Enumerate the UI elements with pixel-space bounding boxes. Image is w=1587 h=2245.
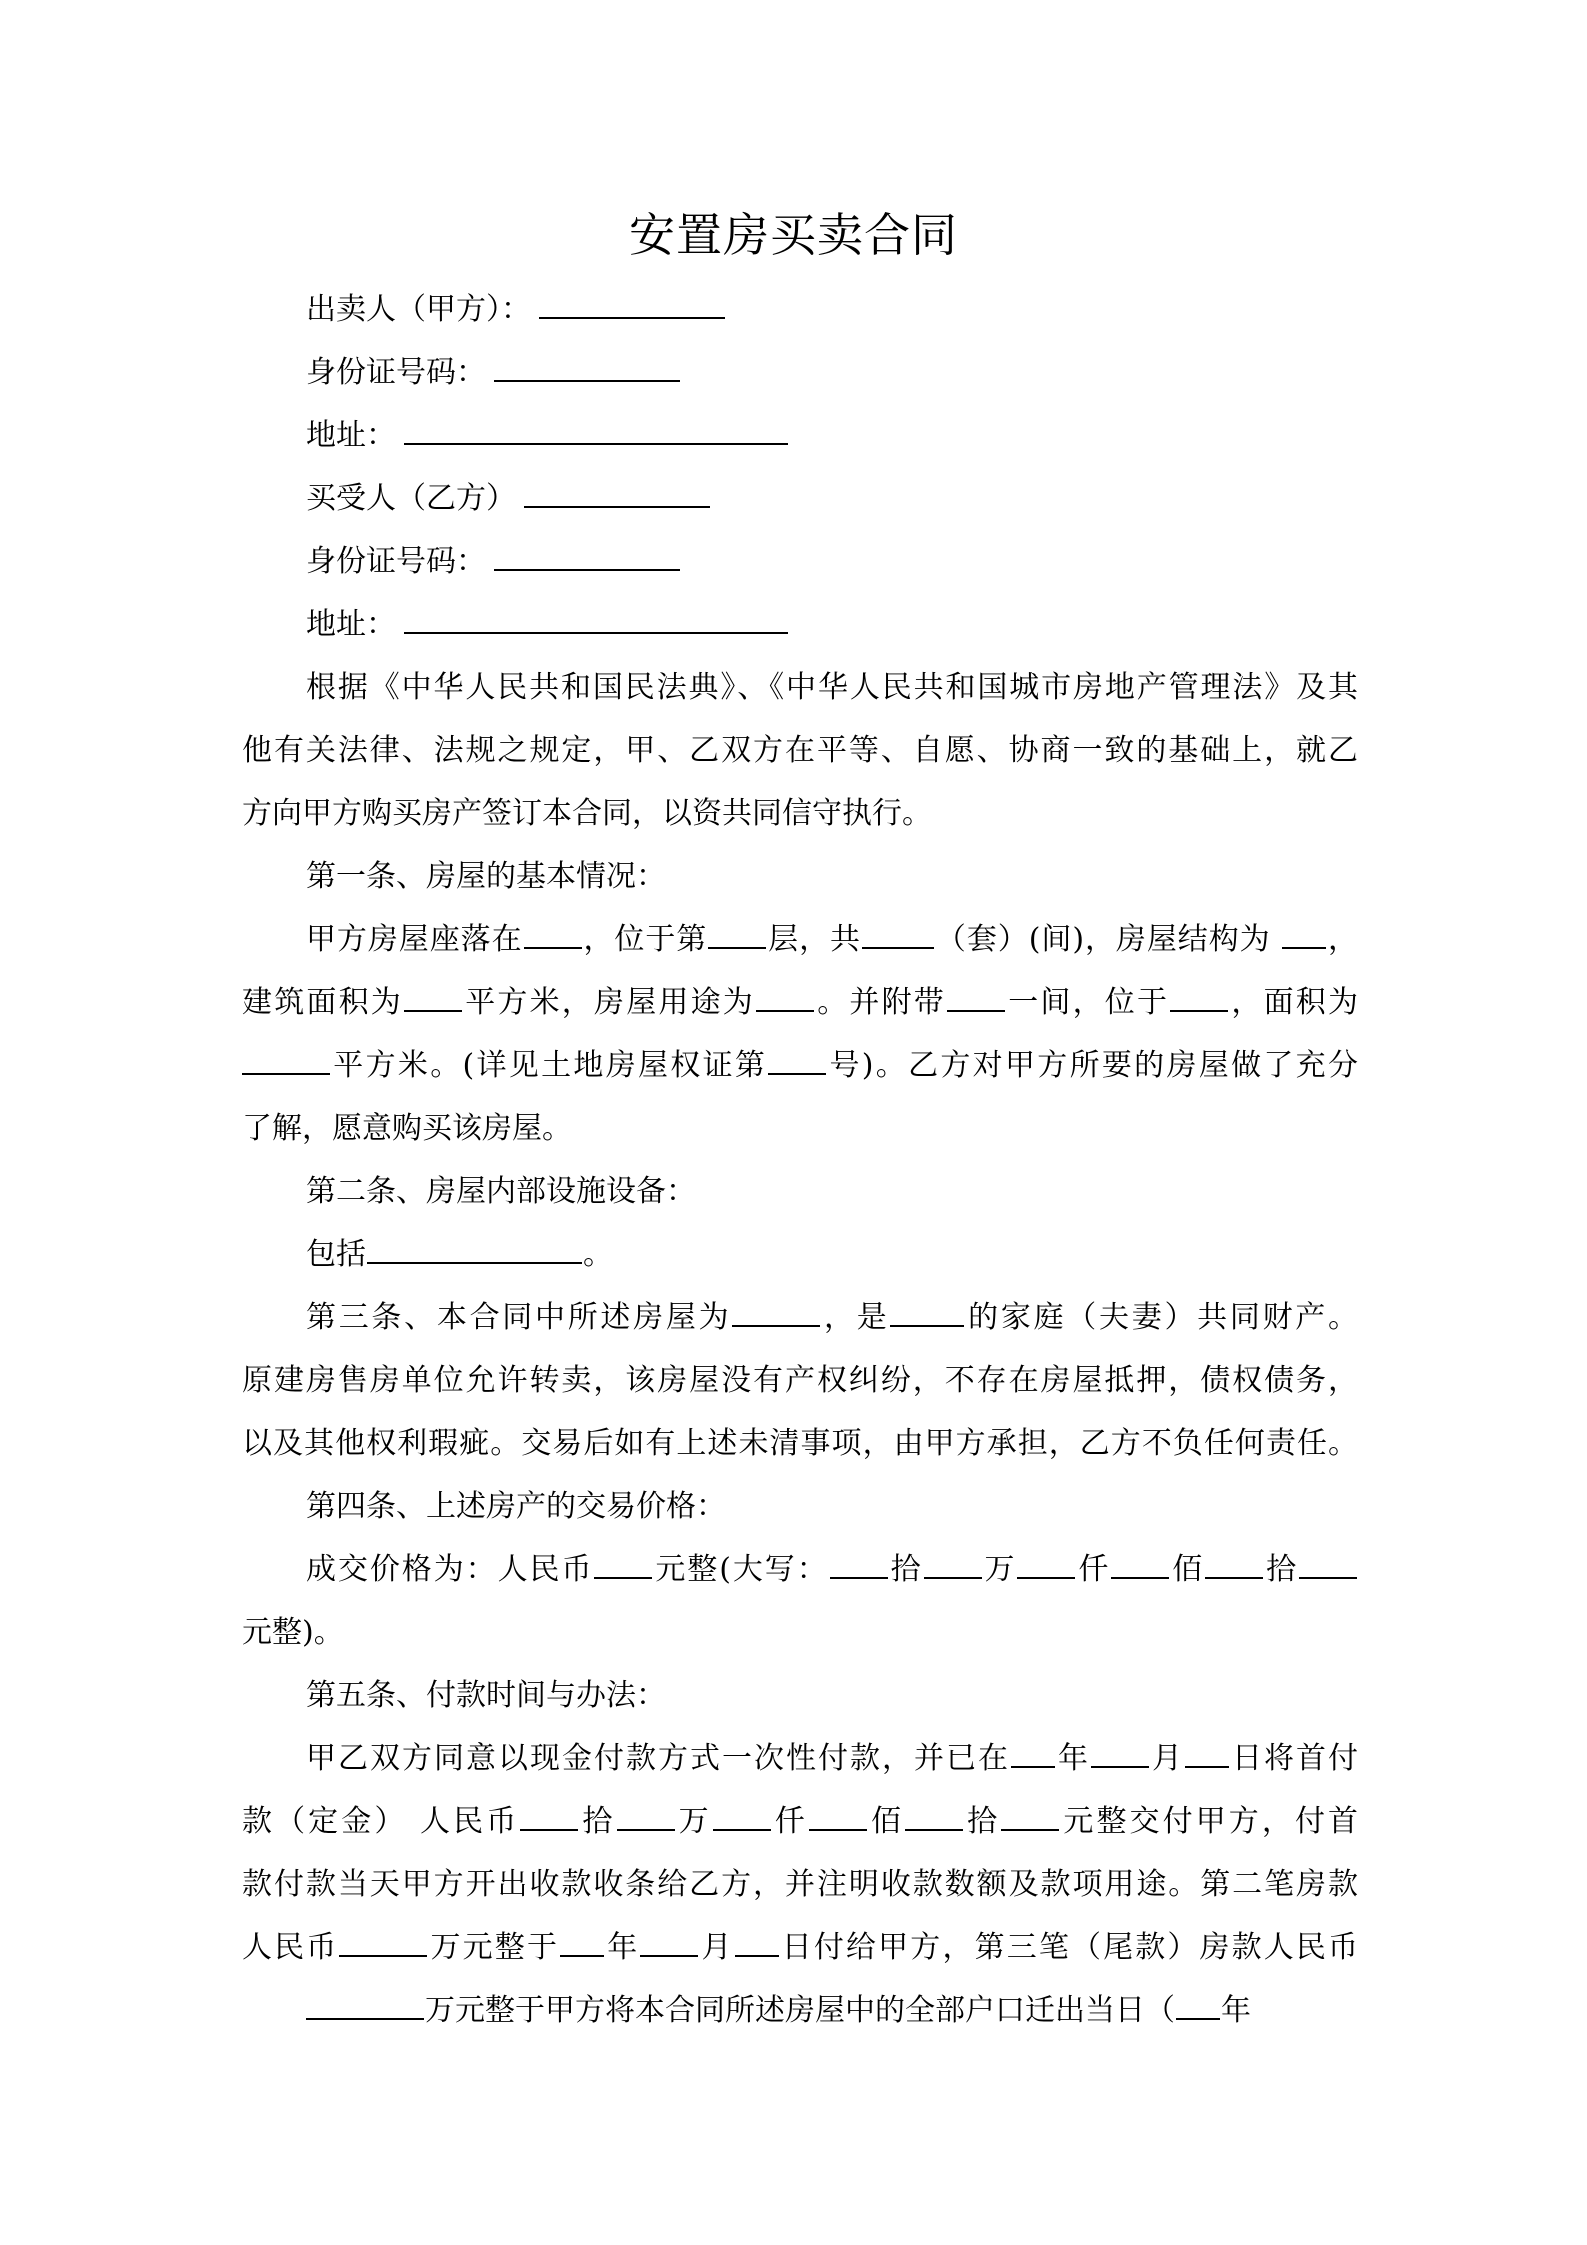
text: 拾 <box>964 1804 1000 1839</box>
certificate-number-field[interactable] <box>768 1047 826 1075</box>
seller-line: 出卖人（甲方）： <box>242 278 1358 341</box>
text: 层，共 <box>767 922 861 957</box>
buyer-label: 买受人（乙方） <box>306 481 516 516</box>
property-type-field[interactable] <box>732 1299 820 1327</box>
article1-line-4: 了解，愿意购买该房屋。 <box>242 1097 1358 1160</box>
buyer-line: 买受人（乙方） <box>242 467 1358 530</box>
seller-id-field[interactable] <box>494 354 680 382</box>
text: 元整交付甲方，付首 <box>1060 1804 1358 1839</box>
price-upper-5[interactable] <box>1205 1551 1263 1579</box>
final-payment-amount[interactable] <box>306 1992 424 2020</box>
article5-heading: 第五条、付款时间与办法： <box>242 1664 1358 1727</box>
deposit-amount-6[interactable] <box>1001 1803 1059 1831</box>
text: ，是 <box>821 1300 889 1335</box>
text: 号)。乙方对甲方所要的房屋做了充分 <box>827 1048 1358 1083</box>
deposit-year-field[interactable] <box>1011 1740 1055 1768</box>
article5-line-2: 款（定金） 人民币拾万仟佰拾元整交付甲方，付首 <box>242 1790 1358 1853</box>
second-payment-amount[interactable] <box>339 1929 427 1957</box>
attached-location-field[interactable] <box>1170 984 1228 1012</box>
seller-address-label: 地址： <box>306 418 396 453</box>
article5-line-5: 万元整于甲方将本合同所述房屋中的全部户口迁出当日（年 <box>242 1979 1358 2042</box>
text: 年 <box>1221 1993 1251 2028</box>
text: 的家庭（夫妻）共同财产。 <box>965 1300 1358 1335</box>
price-upper-6[interactable] <box>1299 1551 1357 1579</box>
buyer-id-field[interactable] <box>494 543 680 571</box>
seller-name-field[interactable] <box>539 291 725 319</box>
text: 款（定金） 人民币 <box>242 1804 519 1839</box>
deposit-month-field[interactable] <box>1091 1740 1149 1768</box>
preamble-line-3: 方向甲方购买房产签订本合同，以资共同信守执行。 <box>242 782 1358 845</box>
article1-line-3: 平方米。(详见土地房屋权证第号)。乙方对甲方所要的房屋做了充分 <box>242 1034 1358 1097</box>
text: 年 <box>1056 1741 1090 1776</box>
floor-field[interactable] <box>708 921 766 949</box>
text: 元整(大写： <box>653 1552 828 1587</box>
article2-line-1: 包括。 <box>242 1223 1358 1286</box>
text: 包括 <box>306 1237 366 1272</box>
text: 。并附带 <box>815 985 946 1020</box>
owner-field[interactable] <box>890 1299 964 1327</box>
facilities-field[interactable] <box>367 1236 582 1264</box>
deposit-amount-3[interactable] <box>713 1803 771 1831</box>
text: 万元整于 <box>428 1930 559 1965</box>
deposit-amount-2[interactable] <box>617 1803 675 1831</box>
seller-id-line: 身份证号码： <box>242 341 1358 404</box>
text: 甲方房屋座落在 <box>306 922 523 957</box>
text: ，面积为 <box>1229 985 1358 1020</box>
buyer-address-line: 地址： <box>242 593 1358 656</box>
attached-field[interactable] <box>947 984 1005 1012</box>
text: 佰 <box>868 1804 904 1839</box>
preamble-line-1: 根据《中华人民共和国民法典》、《中华人民共和国城市房地产管理法》及其 <box>242 656 1358 719</box>
deposit-amount-4[interactable] <box>809 1803 867 1831</box>
article3-line-1: 第三条、本合同中所述房屋为，是的家庭（夫妻）共同财产。 <box>242 1286 1358 1349</box>
text: 。 <box>583 1237 613 1272</box>
article2-heading: 第二条、房屋内部设施设备： <box>242 1160 1358 1223</box>
second-payment-day[interactable] <box>735 1929 779 1957</box>
buyer-address-label: 地址： <box>306 607 396 642</box>
seller-address-line: 地址： <box>242 404 1358 467</box>
buyer-name-field[interactable] <box>524 480 710 508</box>
text: 平方米，房屋用途为 <box>463 985 755 1020</box>
article3-line-2: 原建房售房单位允许转卖，该房屋没有产权纠纷，不存在房屋抵押，债权债务， <box>242 1349 1358 1412</box>
text: 平方米。(详见土地房屋权证第 <box>331 1048 767 1083</box>
usage-field[interactable] <box>756 984 814 1012</box>
article4-line-1: 成交价格为：人民币元整(大写：拾万仟佰拾 <box>242 1538 1358 1601</box>
seller-address-field[interactable] <box>404 417 788 445</box>
text: 日付给甲方，第三笔（尾款）房款人民币 <box>780 1930 1358 1965</box>
text: 万元整于甲方将本合同所述房屋中的全部户口迁出当日（ <box>425 1993 1175 2028</box>
text: 万 <box>676 1804 712 1839</box>
document-body: 出卖人（甲方）： 身份证号码： 地址： 买受人（乙方） 身份证号码： 地址： 根… <box>242 278 1358 2042</box>
area-field[interactable] <box>404 984 462 1012</box>
text: 甲乙双方同意以现金付款方式一次性付款，并已在 <box>306 1741 1010 1776</box>
price-upper-1[interactable] <box>830 1551 888 1579</box>
total-field[interactable] <box>862 921 934 949</box>
second-payment-month[interactable] <box>640 1929 698 1957</box>
deposit-amount-5[interactable] <box>905 1803 963 1831</box>
text: 拾 <box>1264 1552 1298 1587</box>
text: 建筑面积为 <box>242 985 403 1020</box>
article4-line-2: 元整)。 <box>242 1601 1358 1664</box>
document-page: 安置房买卖合同 出卖人（甲方）： 身份证号码： 地址： 买受人（乙方） 身份证号… <box>0 0 1587 2245</box>
attached-area-field[interactable] <box>242 1047 330 1075</box>
text: ， <box>1327 922 1358 957</box>
article1-heading: 第一条、房屋的基本情况： <box>242 845 1358 908</box>
text: 成交价格为：人民币 <box>306 1552 593 1587</box>
text: 拾 <box>579 1804 615 1839</box>
buyer-address-field[interactable] <box>404 606 788 634</box>
seller-id-label: 身份证号码： <box>306 355 486 390</box>
text: 拾 <box>889 1552 923 1587</box>
text: 年 <box>605 1930 639 1965</box>
article3-line-3: 以及其他权利瑕疵。交易后如有上述未清事项，由甲方承担，乙方不负任何责任。 <box>242 1412 1358 1475</box>
deposit-day-field[interactable] <box>1185 1740 1229 1768</box>
price-upper-4[interactable] <box>1111 1551 1169 1579</box>
text: 日将首付 <box>1230 1741 1358 1776</box>
structure-field[interactable] <box>1282 921 1326 949</box>
text: （套）(间)，房屋结构为 <box>935 922 1281 957</box>
price-field[interactable] <box>594 1551 652 1579</box>
text: ，位于第 <box>583 922 708 957</box>
document-title: 安置房买卖合同 <box>0 200 1587 270</box>
text: 人民币 <box>242 1930 338 1965</box>
seller-label: 出卖人（甲方）： <box>306 292 531 327</box>
text: 月 <box>699 1930 733 1965</box>
buyer-id-line: 身份证号码： <box>242 530 1358 593</box>
text: 仟 <box>772 1804 808 1839</box>
final-payment-year[interactable] <box>1176 1992 1220 2020</box>
text: 第三条、本合同中所述房屋为 <box>306 1300 731 1335</box>
article5-line-1: 甲乙双方同意以现金付款方式一次性付款，并已在年月日将首付 <box>242 1727 1358 1790</box>
text: 一间，位于 <box>1006 985 1169 1020</box>
article1-line-2: 建筑面积为平方米，房屋用途为。并附带一间，位于，面积为 <box>242 971 1358 1034</box>
text: 佰 <box>1170 1552 1204 1587</box>
second-payment-year[interactable] <box>560 1929 604 1957</box>
text: 仟 <box>1076 1552 1110 1587</box>
location-field[interactable] <box>524 921 582 949</box>
article1-line-1: 甲方房屋座落在，位于第层，共（套）(间)，房屋结构为 ， <box>242 908 1358 971</box>
buyer-id-label: 身份证号码： <box>306 544 486 579</box>
deposit-amount-1[interactable] <box>520 1803 578 1831</box>
article5-line-3: 款付款当天甲方开出收款收条给乙方，并注明收款数额及款项用途。第二笔房款 <box>242 1853 1358 1916</box>
preamble-line-2: 他有关法律、法规之规定，甲、乙双方在平等、自愿、协商一致的基础上，就乙 <box>242 719 1358 782</box>
price-upper-2[interactable] <box>924 1551 982 1579</box>
text: 月 <box>1150 1741 1184 1776</box>
article5-line-4: 人民币万元整于年月日付给甲方，第三笔（尾款）房款人民币 <box>242 1916 1358 1979</box>
price-upper-3[interactable] <box>1017 1551 1075 1579</box>
article4-heading: 第四条、上述房产的交易价格： <box>242 1475 1358 1538</box>
text: 万 <box>983 1552 1017 1587</box>
